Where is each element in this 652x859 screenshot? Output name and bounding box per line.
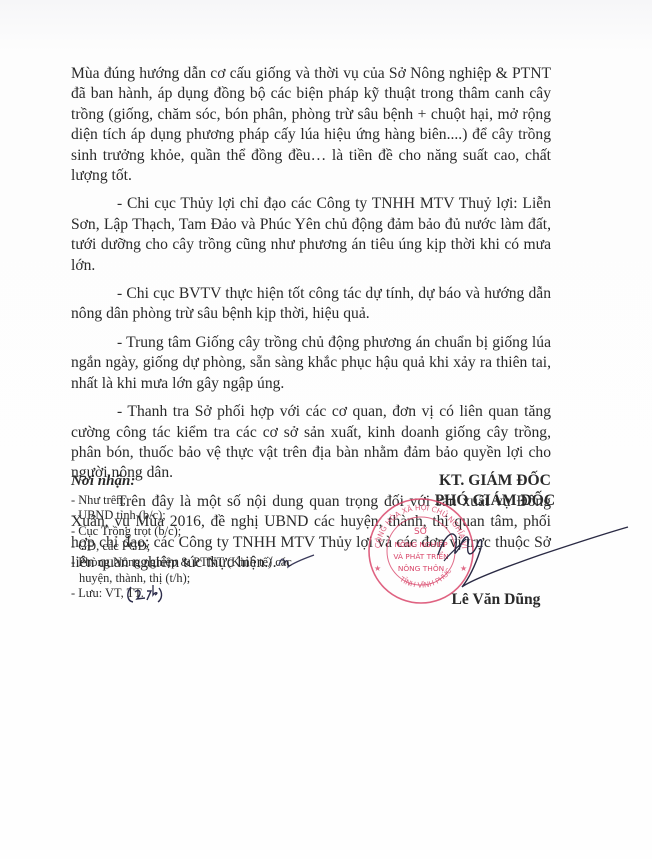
handwritten-note-icon <box>125 583 165 605</box>
paragraph-plant-protection: - Chi cục BVTV thực hiện tốt công tác dự… <box>71 284 551 325</box>
recipient-item: - Cục Trồng trọt (b/c); <box>71 524 331 540</box>
recipients-block: Nơi nhận: - Như trên; - UBND tỉnh (b/c);… <box>71 474 331 602</box>
svg-text:SỞ: SỞ <box>414 525 428 537</box>
signature-title-line1: KT. GIÁM ĐỐC <box>395 471 595 491</box>
recipient-item: - Như trên; <box>71 493 331 509</box>
recipient-item: huyện, thành, thị (t/h); <box>71 571 331 587</box>
recipient-item: - UBND tỉnh (b/c); <box>71 508 331 524</box>
paragraph-irrigation: - Chi cục Thủy lợi chỉ đạo các Công ty T… <box>71 194 551 276</box>
handwritten-signature-icon <box>430 515 630 595</box>
recipient-item: - Lưu: VT, TT. <box>71 586 331 602</box>
recipients-title: Nơi nhận: <box>71 474 331 490</box>
paragraph-seed-center: - Trung tâm Giống cây trồng chủ động phư… <box>71 333 551 394</box>
recipient-item: - GĐ, các PGĐ; <box>71 539 331 555</box>
signer-name: Lê Văn Dũng <box>396 591 596 609</box>
recipient-item: - Phòng Nông nghiệp & PTNT (Kinh tế) các <box>71 555 331 571</box>
paragraph-intro: Mùa đúng hướng dẫn cơ cấu giống và thời … <box>71 64 551 186</box>
document-page: Mùa đúng hướng dẫn cơ cấu giống và thời … <box>0 0 652 859</box>
svg-text:★: ★ <box>374 564 381 573</box>
